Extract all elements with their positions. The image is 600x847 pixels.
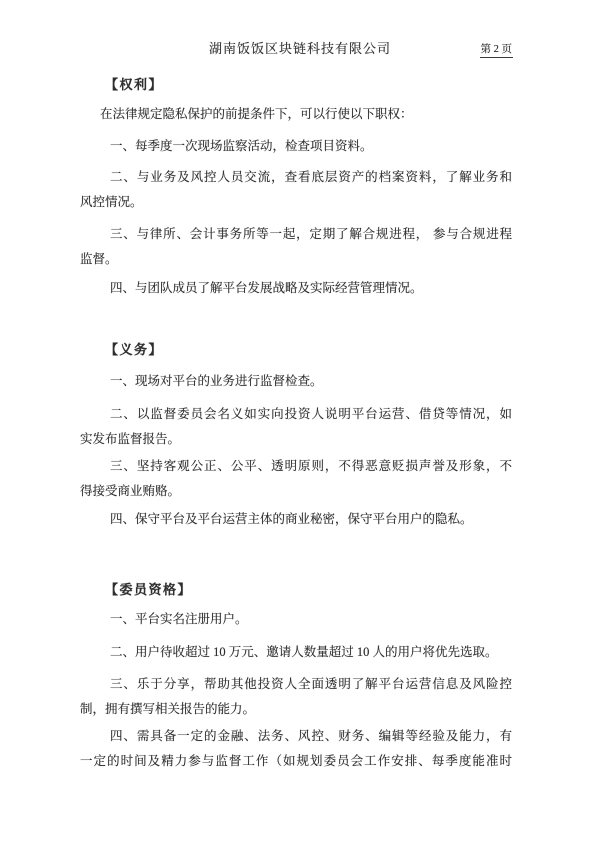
paragraph-line: 二、以监督委员会名义如实向投资人说明平台运营、借贷等情况，如 — [80, 402, 512, 427]
paragraph-line: 制，拥有撰写相关报告的能力。 — [80, 697, 512, 722]
paragraph-line: 三、乐于分享，帮助其他投资人全面透明了解平台运营信息及风险控 — [80, 672, 512, 697]
paragraph-line: 四、保守平台及平台运营主体的商业秘密，保守平台用户的隐私。 — [80, 507, 512, 532]
rights-intro-paragraph: 在法律规定隐私保护的前提条件下，可以行使以下职权： — [100, 102, 512, 127]
obligations-item-2: 二、以监督委员会名义如实向投资人说明平台运营、借贷等情况，如 实发布监督报告。 — [80, 402, 512, 452]
rights-item-2: 二、与业务及风控人员交流，查看底层资产的档案资料，了解业务和 风控情况。 — [80, 165, 512, 215]
paragraph-line: 监督。 — [80, 247, 512, 272]
paragraph-line: 一、现场对平台的业务进行监督检查。 — [80, 369, 512, 394]
paragraph-line: 得接受商业贿赂。 — [80, 479, 512, 504]
paragraph-line: 四、与团队成员了解平台发展战略及实际经营管理情况。 — [80, 276, 512, 301]
qualifications-item-4: 四、需具备一定的金融、法务、风控、财务、编辑等经验及能力，有 一定的时间及精力参… — [80, 724, 512, 774]
document-page: 湖南饭饭区块链科技有限公司 第 2 页 【权利】 在法律规定隐私保护的前提条件下… — [0, 0, 600, 847]
rights-item-4: 四、与团队成员了解平台发展战略及实际经营管理情况。 — [80, 276, 512, 301]
paragraph-line: 三、与律所、会计事务所等一起，定期了解合规进程， 参与合规进程 — [80, 222, 512, 247]
qualifications-item-2: 二、用户待收超过 10 万元、邀请人数量超过 10 人的用户将优先选取。 — [80, 640, 512, 665]
paragraph-line: 一、平台实名注册用户。 — [80, 607, 512, 632]
paragraph-line: 实发布监督报告。 — [80, 427, 512, 452]
paragraph-line: 二、与业务及风控人员交流，查看底层资产的档案资料，了解业务和 — [80, 165, 512, 190]
page-number-label: 第 2 页 — [480, 43, 514, 58]
section-title-obligations: 【义务】 — [105, 337, 163, 362]
section-title-qualifications: 【委员资格】 — [105, 577, 192, 602]
paragraph-line: 风控情况。 — [80, 190, 512, 215]
paragraph-line: 四、需具备一定的金融、法务、风控、财务、编辑等经验及能力，有 — [80, 724, 512, 749]
paragraph-line: 一、每季度一次现场监察活动，检查项目资料。 — [80, 134, 512, 159]
obligations-item-4: 四、保守平台及平台运营主体的商业秘密，保守平台用户的隐私。 — [80, 507, 512, 532]
rights-item-1: 一、每季度一次现场监察活动，检查项目资料。 — [80, 134, 512, 159]
paragraph-line: 一定的时间及精力参与监督工作（如规划委员会工作安排、每季度能准时 — [80, 749, 512, 774]
qualifications-item-3: 三、乐于分享，帮助其他投资人全面透明了解平台运营信息及风险控 制，拥有撰写相关报… — [80, 672, 512, 722]
paragraph-line: 二、用户待收超过 10 万元、邀请人数量超过 10 人的用户将优先选取。 — [80, 640, 512, 665]
obligations-item-1: 一、现场对平台的业务进行监督检查。 — [80, 369, 512, 394]
section-title-rights: 【权利】 — [105, 72, 163, 97]
rights-item-3: 三、与律所、会计事务所等一起，定期了解合规进程， 参与合规进程 监督。 — [80, 222, 512, 272]
paragraph-line: 三、坚持客观公正、公平、透明原则，不得恶意贬损声誉及形象，不 — [80, 454, 512, 479]
qualifications-item-1: 一、平台实名注册用户。 — [80, 607, 512, 632]
obligations-item-3: 三、坚持客观公正、公平、透明原则，不得恶意贬损声誉及形象，不 得接受商业贿赂。 — [80, 454, 512, 504]
